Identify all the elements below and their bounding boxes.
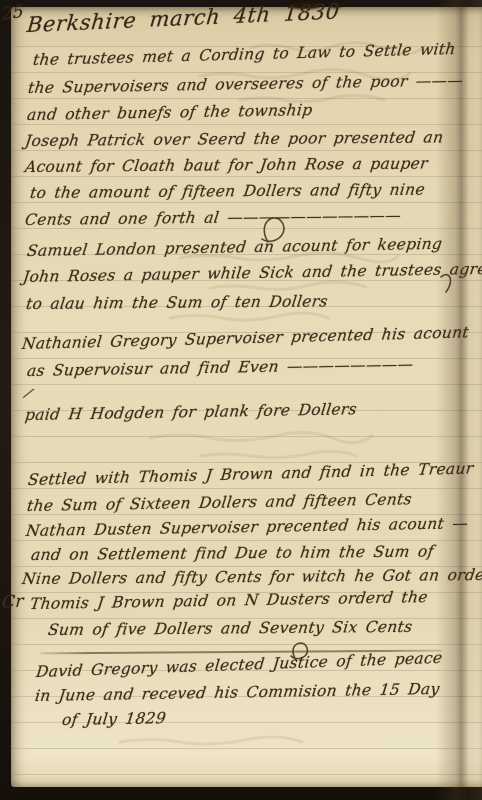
ledger-line: Sum of five Dollers and Seventy Six Cent… bbox=[47, 619, 414, 640]
page-number: 25 bbox=[2, 2, 24, 25]
ledger-line: Joseph Patrick over Seerd the poor prese… bbox=[24, 129, 445, 150]
ledger-line: of July 1829 bbox=[61, 710, 167, 730]
ledger-line: Acount for Cloath baut for John Rose a p… bbox=[24, 155, 429, 176]
ledger-book-scan: 25 Berkshire march 4th 1830 the trustees… bbox=[0, 0, 482, 800]
margin-credit-mark: Cr bbox=[1, 592, 24, 613]
ledger-line: and on Settlement find Due to him the Su… bbox=[30, 543, 435, 564]
ledger-line: to alau him the Sum of ten Dollers bbox=[25, 293, 329, 313]
ledger-line: to the amount of fifteen Dollers and fif… bbox=[29, 182, 426, 203]
